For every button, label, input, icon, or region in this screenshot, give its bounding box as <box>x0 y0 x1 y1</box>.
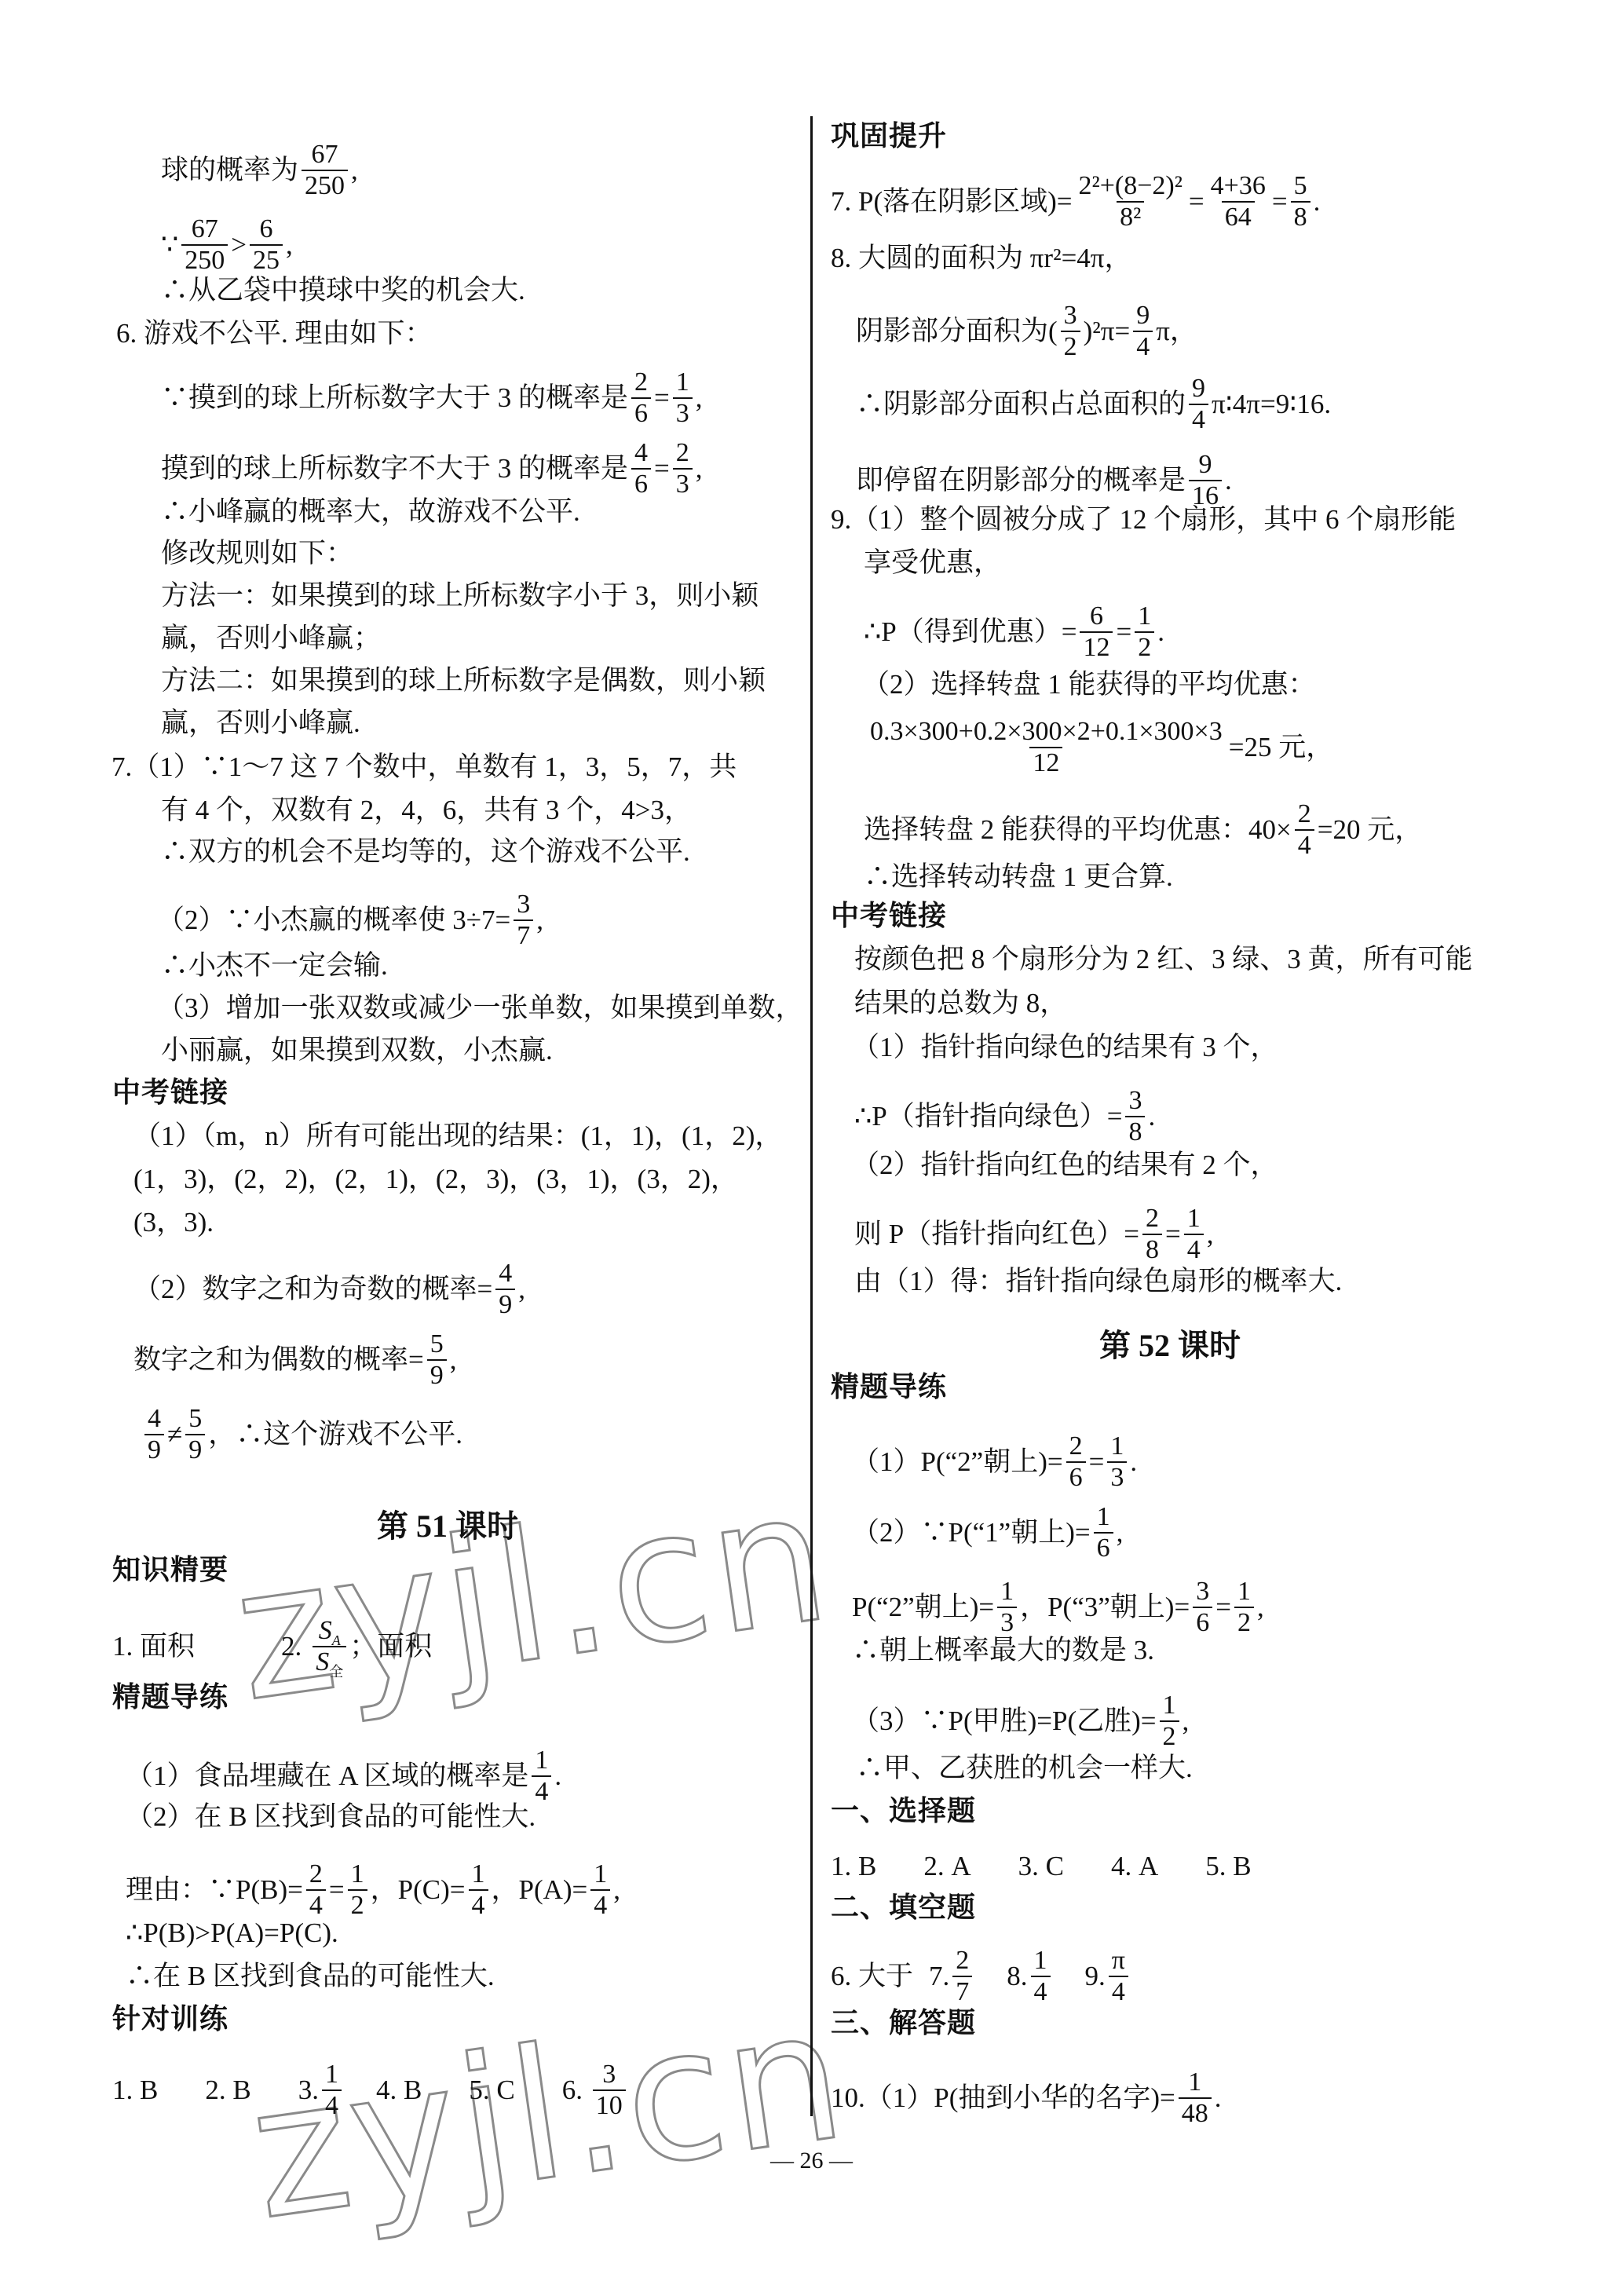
fraction: 14 <box>1031 1947 1051 2005</box>
question-8: 8. 大圆的面积为 πr²=4π， <box>831 241 1131 276</box>
section-heading: 精题导练 <box>112 1680 228 1715</box>
fraction: 49 <box>495 1260 515 1318</box>
section-heading: 精题导练 <box>831 1370 947 1405</box>
section-heading: 一、选择题 <box>831 1794 976 1829</box>
text-line: （2）数字之和为奇数的概率= 49 , <box>133 1260 525 1318</box>
text-line: （2）选择转盘 1 能获得的平均优惠： <box>862 667 1316 702</box>
text-line: ∴朝上概率最大的数是 3. <box>852 1633 1154 1668</box>
answer-row: 1. B 2. A 3. C 4. A 5. B <box>831 1849 1252 1884</box>
text-line: 结果的总数为 8， <box>854 986 1067 1021</box>
fraction: 612 <box>1080 603 1113 661</box>
fraction: 12 <box>1234 1578 1254 1636</box>
text-line: ∴选择转动转盘 1 更合算. <box>864 860 1173 894</box>
text-line: 小丽赢，如果摸到双数，小杰赢. <box>161 1033 553 1068</box>
text-line: ∴从乙袋中摸球中奖的机会大. <box>161 273 525 308</box>
text-line: （2）在 B 区找到食品的可能性大. <box>126 1800 536 1834</box>
fraction: 27 <box>952 1947 972 2005</box>
fraction: 59 <box>185 1406 205 1464</box>
fraction: 38 <box>1125 1088 1145 1146</box>
text: 球的概率为 <box>161 153 298 188</box>
text-line: （2）∵P(“1”朝上)= 16 , <box>852 1504 1123 1562</box>
fraction: 37 <box>514 891 533 949</box>
text-line: 有 4 个，双数有 2，4，6，共有 3 个，4>3， <box>161 793 692 828</box>
text-line: ∴小峰赢的概率大，故游戏不公平. <box>161 495 580 529</box>
fraction: 14 <box>322 2061 342 2119</box>
section-heading: 中考链接 <box>831 899 947 934</box>
question-7: 7. P(落在阴影区域)= 2²+(8−2)²8² = 4+3664 = 58 … <box>831 173 1320 231</box>
text-line: ∴阴影部分面积占总面积的 94 π∶4π=9∶16. <box>856 375 1331 433</box>
text-line: （1）（m，n）所有可能出现的结果：(1，1)，(1，2)， <box>133 1119 782 1153</box>
text-line: 按颜色把 8 个扇形分为 2 红、3 绿、3 黄，所有可能 <box>854 942 1473 977</box>
fraction: 94 <box>1189 375 1208 433</box>
fraction: 24 <box>306 1861 326 1919</box>
fraction: 16 <box>1094 1504 1113 1562</box>
fraction: 36 <box>1193 1578 1212 1636</box>
fraction: 13 <box>997 1578 1017 1636</box>
text-line: 选择转盘 2 能获得的平均优惠：40× 24 =20 元， <box>864 801 1422 859</box>
text-line: ∴双方的机会不是均等的，这个游戏不公平. <box>161 835 690 869</box>
text-line: ∵ 67250 > 625 , <box>161 216 293 274</box>
text-line: ∴P(B)>P(A)=P(C). <box>126 1916 338 1951</box>
column-divider <box>810 116 813 2116</box>
fraction: 148 <box>1179 2069 1212 2127</box>
text-line: ∴P（指针指向绿色）= 38 . <box>854 1088 1155 1146</box>
fraction: 12 <box>1160 1692 1179 1750</box>
text-line: 0.3×300+0.2×300×2+0.1×300×312 =25 元， <box>864 718 1333 777</box>
answer-row: 6. 大于 7. 27 8. 14 9. π4 <box>831 1947 1131 2005</box>
section-heading: 三、解答题 <box>831 2006 976 2041</box>
fraction: 58 <box>1291 173 1310 231</box>
text-line: 阴影部分面积为( 32 )²π= 94 π， <box>856 302 1197 360</box>
lesson-title: 第 52 课时 <box>1099 1327 1241 1365</box>
fraction: 12 <box>348 1861 367 1919</box>
lesson-title: 第 51 课时 <box>377 1508 518 1545</box>
fraction: 916 <box>1189 452 1222 510</box>
text-line: (3，3). <box>133 1205 214 1240</box>
answer-row: 1. B 2. B 3. 14 4. B 5. C 6. 310 <box>112 2061 629 2119</box>
text-line: 理由：∵P(B)= 24 = 12 ，P(C)= 14 ，P(A)= 14 , <box>126 1861 620 1919</box>
text-line: 球的概率为 67250 , <box>161 141 358 199</box>
fraction: 4+3664 <box>1208 173 1269 231</box>
fraction: 625 <box>250 216 283 274</box>
text-line: ∴P（得到优惠）= 612 = 12 . <box>864 603 1164 661</box>
fraction: 13 <box>1107 1433 1127 1491</box>
text-line: 赢，否则小峰赢； <box>161 621 381 656</box>
fraction: 94 <box>1133 302 1153 360</box>
text-line: （1）P(“2”朝上)= 26 = 13 . <box>852 1433 1137 1491</box>
text-line: ∴小杰不一定会输. <box>161 949 388 983</box>
text-line: （2）∵小杰赢的概率使 3÷7= 37 , <box>157 891 543 949</box>
text-line: 享受优惠， <box>864 546 1001 580</box>
text-line: （2）指针指向红色的结果有 2 个， <box>852 1148 1278 1183</box>
fraction: 26 <box>631 369 651 427</box>
text-line: ∴在 B 区找到食品的可能性大. <box>126 1959 495 1994</box>
text-line: 即停留在阴影部分的概率是 916 . <box>856 452 1232 510</box>
text-line: （1）指针指向绿色的结果有 3 个， <box>852 1030 1278 1065</box>
section-heading: 知识精要 <box>112 1553 228 1588</box>
fraction: 59 <box>427 1331 447 1389</box>
fraction: 46 <box>631 440 651 498</box>
section-heading: 中考链接 <box>112 1076 228 1110</box>
fraction: 67250 <box>302 141 348 199</box>
fraction: 14 <box>1184 1205 1204 1263</box>
section-heading: 针对训练 <box>112 2002 228 2037</box>
fraction: 14 <box>532 1747 551 1805</box>
text-line: 方法二：如果摸到的球上所标数字是偶数，则小颖 <box>161 664 766 698</box>
section-heading: 二、填空题 <box>831 1891 976 1925</box>
fraction: 12 <box>1135 603 1154 661</box>
fraction: 23 <box>673 440 693 498</box>
question-10: 10.（1）P(抽到小华的名字)= 148 . <box>831 2069 1222 2127</box>
fraction: 0.3×300+0.2×300×2+0.1×300×312 <box>867 718 1226 777</box>
text-line: 修改规则如下： <box>161 536 353 571</box>
question-6: 6. 游戏不公平. 理由如下： <box>116 316 433 351</box>
fraction: 2²+(8−2)²8² <box>1076 173 1186 231</box>
text-line: 则 P（指针指向红色）= 28 = 14 , <box>854 1205 1213 1263</box>
text-line: （3）增加一张双数或减少一张单数，如果摸到单数， <box>157 991 803 1026</box>
fraction: 14 <box>590 1861 610 1919</box>
question-9: 9.（1）整个圆被分成了 12 个扇形，其中 6 个扇形能 <box>831 503 1456 537</box>
text-line: 由（1）得：指针指向绿色扇形的概率大. <box>854 1264 1342 1299</box>
fraction: 67250 <box>181 216 228 274</box>
text-line: （3）∵P(甲胜)=P(乙胜)= 12 , <box>852 1692 1189 1750</box>
fraction: 310 <box>593 2061 626 2119</box>
fraction: 24 <box>1295 801 1314 859</box>
text-line: 赢，否则小峰赢. <box>161 706 360 740</box>
fraction: SA S全 <box>313 1618 346 1676</box>
text-line: （1）食品埋藏在 A 区域的概率是 14 . <box>126 1747 561 1805</box>
watermark: zyjl.cn <box>224 1452 843 1742</box>
page-number: — 26 — <box>0 2148 1623 2174</box>
text-line: 方法一：如果摸到的球上所标数字小于 3，则小颖 <box>161 579 758 613</box>
text-line: ∴甲、乙获胜的机会一样大. <box>856 1751 1193 1786</box>
fraction: 26 <box>1066 1433 1086 1491</box>
text-line: (1，3)，(2，2)，(2，1)，(2，3)，(3，1)，(3，2)， <box>133 1162 738 1197</box>
fraction: 28 <box>1142 1205 1162 1263</box>
text-line: 49 ≠ 59 ，∴这个游戏不公平. <box>141 1406 462 1464</box>
fraction: 14 <box>469 1861 488 1919</box>
text-line: P(“2”朝上)= 13 ，P(“3”朝上)= 36 = 12 , <box>852 1578 1264 1636</box>
fraction: 13 <box>673 369 693 427</box>
fraction: 49 <box>144 1406 164 1464</box>
text-line: 数字之和为偶数的概率= 59 , <box>133 1331 457 1389</box>
text-line: 摸到的球上所标数字不大于 3 的概率是 46 = 23 , <box>161 440 703 498</box>
question-7: 7.（1）∵1～7 这 7 个数中，单数有 1，3，5，7，共 <box>111 750 737 784</box>
fraction: π4 <box>1109 1947 1128 2005</box>
fraction: 32 <box>1061 302 1080 360</box>
section-heading: 巩固提升 <box>831 119 947 154</box>
text-line: 1. 面积 2. SA S全 ；面积 <box>112 1618 432 1676</box>
text-line: ∵摸到的球上所标数字大于 3 的概率是 26 = 13 , <box>161 369 703 427</box>
